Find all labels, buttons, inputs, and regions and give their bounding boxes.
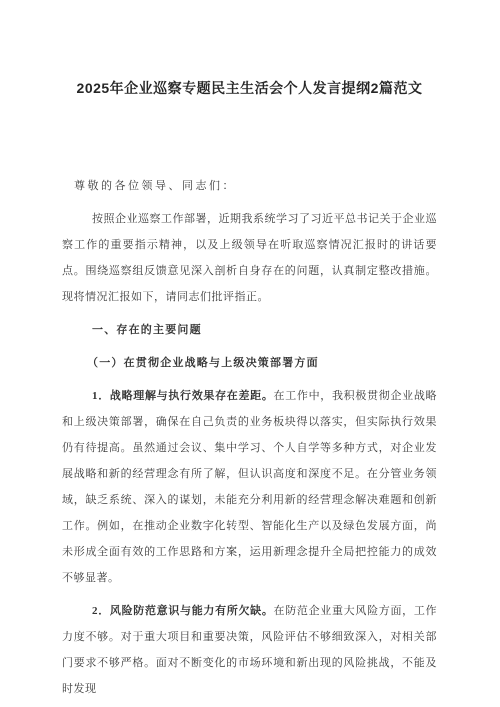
intro-paragraph: 按照企业巡察工作部署，近期我系统学习了习近平总书记关于企业巡察工作的重要指示精神… <box>62 206 437 310</box>
issue-item-2: 2．风险防范意识与能力有所欠缺。在防范企业重大风险方面，工作力度不够。对于重大项… <box>62 598 437 702</box>
issue-item-1: 1．战略理解与执行效果存在差距。在工作中，我积极贯彻企业战略和上级决策部署，确保… <box>62 383 437 591</box>
section-heading-1: 一、存在的主要问题 <box>62 317 437 343</box>
salutation-line: 尊敬的各位领导、同志们： <box>62 173 437 199</box>
issue-item-2-lead: 2．风险防范意识与能力有所欠缺。 <box>92 605 274 617</box>
document-title: 2025年企业巡察专题民主生活会个人发言提纲2篇范文 <box>62 78 437 98</box>
document-body: 尊敬的各位领导、同志们： 按照企业巡察工作部署，近期我系统学习了习近平总书记关于… <box>62 173 437 702</box>
issue-item-2-text: 在防范企业重大风险方面，工作力度不够。对于重大项目和重要决策，风险评估不够细致深… <box>62 605 437 695</box>
issue-item-1-lead: 1．战略理解与执行效果存在差距。 <box>92 390 274 402</box>
document-page: 2025年企业巡察专题民主生活会个人发言提纲2篇范文 尊敬的各位领导、同志们： … <box>0 0 500 707</box>
subsection-heading-1-1: （一）在贯彻企业战略与上级决策部署方面 <box>62 350 437 376</box>
issue-item-1-text: 在工作中，我积极贯彻企业战略和上级决策部署，确保在自己负责的业务板块得以落实，但… <box>62 390 437 584</box>
